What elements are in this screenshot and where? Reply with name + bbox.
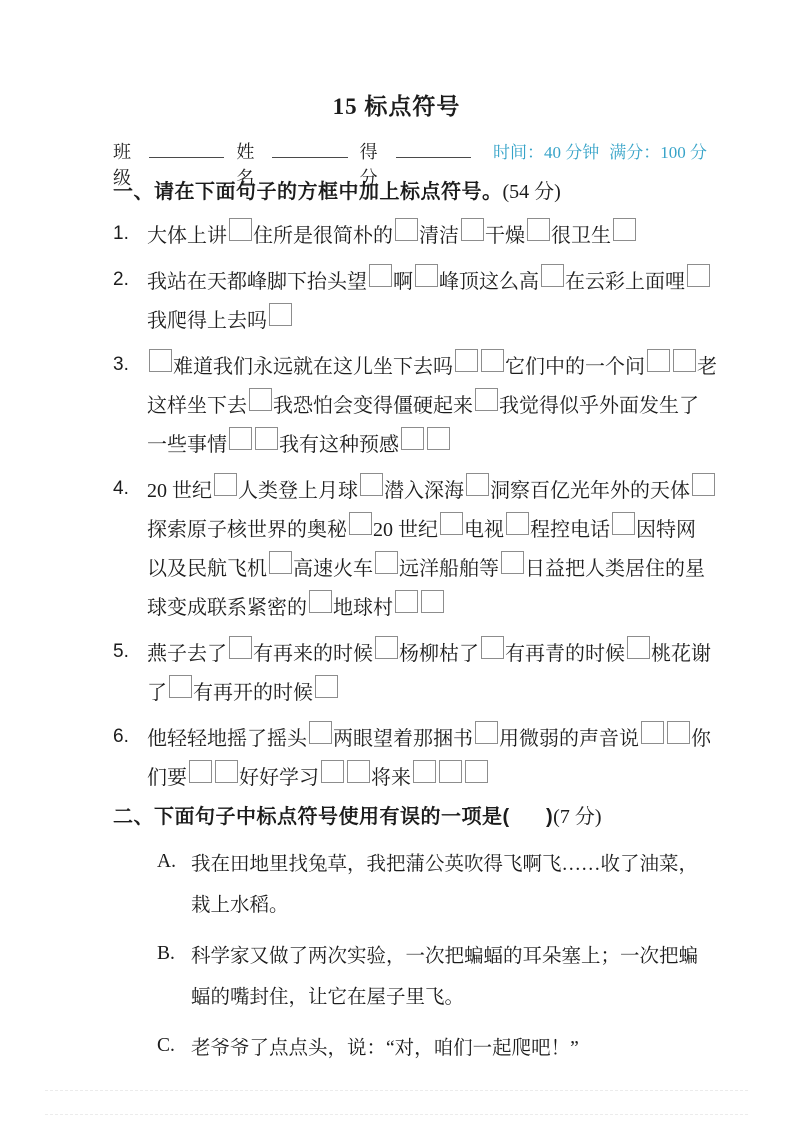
punctuation-box[interactable] <box>475 388 498 411</box>
question-text: 有再开的时候 <box>193 676 313 705</box>
question-text: 用微弱的声音说 <box>499 722 639 751</box>
question-body: 大体上讲住所是很简朴的清洁干燥很卫生 <box>147 214 793 253</box>
punctuation-box[interactable] <box>541 264 564 287</box>
section-two-points: (7 分) <box>553 806 601 828</box>
punctuation-box[interactable] <box>215 760 238 783</box>
question-text: 好好学习 <box>239 761 319 790</box>
answer-blank[interactable]: ( ) <box>503 806 554 828</box>
punctuation-box[interactable] <box>375 636 398 659</box>
punctuation-box[interactable] <box>321 760 344 783</box>
punctuation-box[interactable] <box>687 264 710 287</box>
punctuation-box[interactable] <box>481 636 504 659</box>
punctuation-box[interactable] <box>255 427 278 450</box>
punctuation-box[interactable] <box>309 721 332 744</box>
option: B.科学家又做了两次实验，一次把蝙蝠的耳朵塞上；一次把蝙蝠的嘴封住，让它在屋子里… <box>157 933 793 1015</box>
punctuation-box[interactable] <box>229 636 252 659</box>
fill-in-blank[interactable] <box>272 141 347 158</box>
question-text: 潜入深海 <box>384 474 464 503</box>
question: 6.他轻轻地摇了摇头两眼望着那捆书用微弱的声音说你们要好好学习将来 <box>113 717 793 795</box>
question: 2.我站在天都峰脚下抬头望啊峰顶这么高在云彩上面哩我爬得上去吗 <box>113 260 793 338</box>
punctuation-box[interactable] <box>347 760 370 783</box>
punctuation-box[interactable] <box>641 721 664 744</box>
fill-in-blank[interactable] <box>396 141 471 158</box>
question-text: 燕子去了 <box>147 637 227 666</box>
punctuation-box[interactable] <box>427 427 450 450</box>
question-text: 一些事情 <box>147 428 227 457</box>
question-line: 他轻轻地摇了摇头两眼望着那捆书用微弱的声音说你 <box>147 717 793 756</box>
option-line: 蝠的嘴封住，让它在屋子里飞。 <box>191 974 793 1015</box>
punctuation-box[interactable] <box>612 512 635 535</box>
header-info: 时间：40 分钟满分：100 分 <box>483 138 707 163</box>
punctuation-box[interactable] <box>501 551 524 574</box>
question-text: 我爬得上去吗 <box>147 304 267 333</box>
question-text: 干燥 <box>485 219 525 248</box>
punctuation-box[interactable] <box>481 349 504 372</box>
punctuation-box[interactable] <box>613 218 636 241</box>
option-line: 我在田地里找兔草，我把蒲公英吹得飞啊飞……收了油菜， <box>191 841 793 882</box>
worksheet-page: { "page": { "title": "15 标点符号", "accent_… <box>0 0 793 1122</box>
fill-in-blank[interactable] <box>149 141 224 158</box>
punctuation-box[interactable] <box>309 590 332 613</box>
question-number: 2. <box>113 260 147 338</box>
question-line: 我站在天都峰脚下抬头望啊峰顶这么高在云彩上面哩 <box>147 260 793 299</box>
question-text: 你 <box>691 722 711 751</box>
question-line: 20 世纪人类登上月球潜入深海洞察百亿光年外的天体 <box>147 469 793 508</box>
punctuation-box[interactable] <box>421 590 444 613</box>
question-text: 洞察百亿光年外的天体 <box>490 474 690 503</box>
punctuation-box[interactable] <box>439 760 462 783</box>
question-line: 大体上讲住所是很简朴的清洁干燥很卫生 <box>147 214 793 253</box>
question: 1.大体上讲住所是很简朴的清洁干燥很卫生 <box>113 214 793 253</box>
question-text: 难道我们永远就在这儿坐下去吗 <box>173 350 453 379</box>
question-text: 20 世纪 <box>373 513 438 542</box>
option-body: 科学家又做了两次实验，一次把蝙蝠的耳朵塞上；一次把蝙蝠的嘴封住，让它在屋子里飞。 <box>191 933 793 1015</box>
punctuation-box[interactable] <box>360 473 383 496</box>
question-text: 桃花谢 <box>651 637 711 666</box>
option-body: 我在田地里找兔草，我把蒲公英吹得飞啊飞……收了油菜，栽上水稻。 <box>191 841 793 923</box>
question: 5.燕子去了有再来的时候杨柳枯了有再青的时候桃花谢了有再开的时候 <box>113 632 793 710</box>
question-text: 老 <box>697 350 717 379</box>
question-body: 难道我们永远就在这儿坐下去吗它们中的一个问老这样坐下去我恐怕会变得僵硬起来我觉得… <box>147 345 793 462</box>
option-label: C. <box>157 1025 191 1066</box>
punctuation-box[interactable] <box>249 388 272 411</box>
scan-artifact-line <box>45 1114 748 1115</box>
punctuation-box[interactable] <box>527 218 550 241</box>
punctuation-box[interactable] <box>667 721 690 744</box>
section-one-heading: 一、请在下面句子的方框中加上标点符号。(54 分) <box>113 178 793 206</box>
section-two-heading: 二、下面句子中标点符号使用有误的一项是( )(7 分) <box>113 803 793 831</box>
question-text: 大体上讲 <box>147 219 227 248</box>
question-text: 我有这种预感 <box>279 428 399 457</box>
question-number: 6. <box>113 717 147 795</box>
question-body: 他轻轻地摇了摇头两眼望着那捆书用微弱的声音说你们要好好学习将来 <box>147 717 793 795</box>
question-text: 它们中的一个问 <box>505 350 645 379</box>
question-text: 啊 <box>393 265 413 294</box>
punctuation-box[interactable] <box>149 349 172 372</box>
punctuation-box[interactable] <box>269 303 292 326</box>
punctuation-box[interactable] <box>627 636 650 659</box>
question-text: 人类登上月球 <box>238 474 358 503</box>
section-two-options: A.我在田地里找兔草，我把蒲公英吹得飞啊飞……收了油菜，栽上水稻。B.科学家又做… <box>157 841 793 1066</box>
punctuation-box[interactable] <box>440 512 463 535</box>
question-text: 了 <box>147 676 167 705</box>
question-text: 这样坐下去 <box>147 389 247 418</box>
question: 3.难道我们永远就在这儿坐下去吗它们中的一个问老这样坐下去我恐怕会变得僵硬起来我… <box>113 345 793 462</box>
option-label: A. <box>157 841 191 923</box>
question-text: 我觉得似乎外面发生了 <box>499 389 699 418</box>
section-one-questions: 1.大体上讲住所是很简朴的清洁干燥很卫生2.我站在天都峰脚下抬头望啊峰顶这么高在… <box>113 214 793 795</box>
question-text: 两眼望着那捆书 <box>333 722 473 751</box>
question-number: 1. <box>113 214 147 253</box>
option-line: 老爷爷了点点头，说：“对，咱们一起爬吧！” <box>191 1025 793 1066</box>
question-text: 我恐怕会变得僵硬起来 <box>273 389 473 418</box>
punctuation-box[interactable] <box>647 349 670 372</box>
punctuation-box[interactable] <box>395 218 418 241</box>
section-two-heading-text: 二、下面句子中标点符号使用有误的一项是 <box>113 806 503 828</box>
question-line: 我爬得上去吗 <box>147 299 793 338</box>
section-one-heading-text: 一、请在下面句子的方框中加上标点符号。 <box>113 181 503 203</box>
question-line: 这样坐下去我恐怕会变得僵硬起来我觉得似乎外面发生了 <box>147 384 793 423</box>
punctuation-box[interactable] <box>415 264 438 287</box>
question-text: 因特网 <box>636 513 696 542</box>
question-body: 20 世纪人类登上月球潜入深海洞察百亿光年外的天体探索原子核世界的奥秘20 世纪… <box>147 469 793 625</box>
punctuation-box[interactable] <box>401 427 424 450</box>
scan-artifact-line <box>45 1090 748 1091</box>
punctuation-box[interactable] <box>506 512 529 535</box>
punctuation-box[interactable] <box>692 473 715 496</box>
question-text: 探索原子核世界的奥秘 <box>147 513 347 542</box>
question-number: 4. <box>113 469 147 625</box>
question-line: 们要好好学习将来 <box>147 756 793 795</box>
question-text: 们要 <box>147 761 187 790</box>
question-text: 日益把人类居住的星 <box>525 552 705 581</box>
question-line: 燕子去了有再来的时候杨柳枯了有再青的时候桃花谢 <box>147 632 793 671</box>
question-text: 我站在天都峰脚下抬头望 <box>147 265 367 294</box>
header-row: 班级姓名得分 时间：40 分钟满分：100 分 <box>113 138 707 164</box>
question-text: 他轻轻地摇了摇头 <box>147 722 307 751</box>
question-text: 20 世纪 <box>147 474 212 503</box>
question-number: 5. <box>113 632 147 710</box>
option-body: 老爷爷了点点头，说：“对，咱们一起爬吧！” <box>191 1025 793 1066</box>
punctuation-box[interactable] <box>465 760 488 783</box>
question-line: 以及民航飞机高速火车远洋船舶等日益把人类居住的星 <box>147 547 793 586</box>
punctuation-box[interactable] <box>455 349 478 372</box>
option: C.老爷爷了点点头，说：“对，咱们一起爬吧！” <box>157 1025 793 1066</box>
punctuation-box[interactable] <box>461 218 484 241</box>
header-info-item: 时间：40 分钟 <box>493 143 599 162</box>
punctuation-box[interactable] <box>229 427 252 450</box>
punctuation-box[interactable] <box>375 551 398 574</box>
question-line: 难道我们永远就在这儿坐下去吗它们中的一个问老 <box>147 345 793 384</box>
question: 4.20 世纪人类登上月球潜入深海洞察百亿光年外的天体探索原子核世界的奥秘20 … <box>113 469 793 625</box>
question-line: 了有再开的时候 <box>147 671 793 710</box>
question-number: 3. <box>113 345 147 462</box>
question-text: 有再青的时候 <box>505 637 625 666</box>
question-text: 有再来的时候 <box>253 637 373 666</box>
option: A.我在田地里找兔草，我把蒲公英吹得飞啊飞……收了油菜，栽上水稻。 <box>157 841 793 923</box>
punctuation-box[interactable] <box>466 473 489 496</box>
question-text: 很卫生 <box>551 219 611 248</box>
question-text: 程控电话 <box>530 513 610 542</box>
punctuation-box[interactable] <box>269 551 292 574</box>
question-line: 球变成联系紧密的地球村 <box>147 586 793 625</box>
punctuation-box[interactable] <box>673 349 696 372</box>
option-label: B. <box>157 933 191 1015</box>
punctuation-box[interactable] <box>395 590 418 613</box>
punctuation-box[interactable] <box>475 721 498 744</box>
question-text: 峰顶这么高 <box>439 265 539 294</box>
header-info-item: 满分：100 分 <box>609 143 707 162</box>
question-text: 球变成联系紧密的 <box>147 591 307 620</box>
punctuation-box[interactable] <box>315 675 338 698</box>
question-text: 在云彩上面哩 <box>565 265 685 294</box>
question-text: 住所是很简朴的 <box>253 219 393 248</box>
punctuation-box[interactable] <box>214 473 237 496</box>
punctuation-box[interactable] <box>413 760 436 783</box>
question-text: 远洋船舶等 <box>399 552 499 581</box>
punctuation-box[interactable] <box>189 760 212 783</box>
question-text: 高速火车 <box>293 552 373 581</box>
question-text: 杨柳枯了 <box>399 637 479 666</box>
question-line: 探索原子核世界的奥秘20 世纪电视程控电话因特网 <box>147 508 793 547</box>
punctuation-box[interactable] <box>169 675 192 698</box>
option-line: 栽上水稻。 <box>191 882 793 923</box>
page-title: 15 标点符号 <box>0 0 793 122</box>
question-text: 将来 <box>371 761 411 790</box>
question-text: 清洁 <box>419 219 459 248</box>
question-line: 一些事情我有这种预感 <box>147 423 793 462</box>
section-one-points: (54 分) <box>503 181 561 203</box>
punctuation-box[interactable] <box>349 512 372 535</box>
question-text: 以及民航飞机 <box>147 552 267 581</box>
option-line: 科学家又做了两次实验，一次把蝙蝠的耳朵塞上；一次把蝙 <box>191 933 793 974</box>
question-text: 地球村 <box>333 591 393 620</box>
question-text: 电视 <box>464 513 504 542</box>
punctuation-box[interactable] <box>229 218 252 241</box>
question-body: 我站在天都峰脚下抬头望啊峰顶这么高在云彩上面哩我爬得上去吗 <box>147 260 793 338</box>
question-body: 燕子去了有再来的时候杨柳枯了有再青的时候桃花谢了有再开的时候 <box>147 632 793 710</box>
punctuation-box[interactable] <box>369 264 392 287</box>
